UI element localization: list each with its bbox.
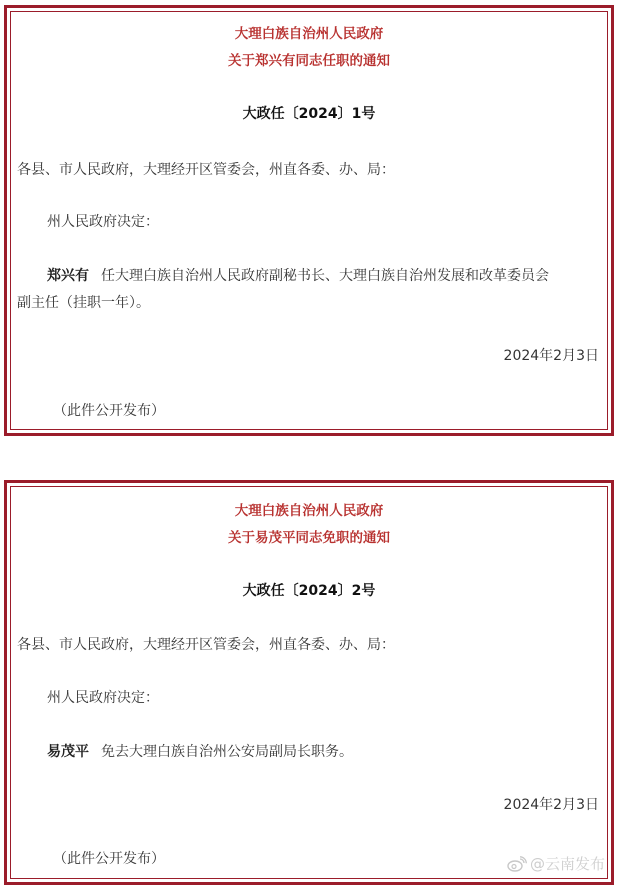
notice-subject: 关于郑兴有同志任职的通知 <box>7 52 611 70</box>
weibo-icon <box>507 856 527 872</box>
decision-text: 免去大理白族自治州公安局副局长职务。 <box>101 744 353 760</box>
document-number: 大政任〔2024〕2号 <box>7 582 611 600</box>
notice-dismissal: 大理白族自治州人民政府 关于易茂平同志免职的通知 大政任〔2024〕2号 各县、… <box>4 480 614 885</box>
decision-intro: 州人民政府决定： <box>47 689 159 707</box>
watermark-text: @云南发布 <box>530 853 605 874</box>
publication-note: （此件公开发布） <box>53 850 165 868</box>
notice-subject: 关于易茂平同志免职的通知 <box>7 529 611 547</box>
notice-appointment: 大理白族自治州人民政府 关于郑兴有同志任职的通知 大政任〔2024〕1号 各县、… <box>4 5 614 436</box>
addressee: 各县、市人民政府，大理经开区管委会，州直各委、办、局： <box>17 636 395 654</box>
publication-note: （此件公开发布） <box>53 402 165 420</box>
watermark: @云南发布 <box>507 853 605 874</box>
person-name: 易茂平 <box>47 744 89 760</box>
addressee: 各县、市人民政府，大理经开区管委会，州直各委、办、局： <box>17 161 395 179</box>
document-number: 大政任〔2024〕1号 <box>7 105 611 123</box>
person-name: 郑兴有 <box>47 268 89 284</box>
decision-text: 任大理白族自治州人民政府副秘书长、大理白族自治州发展和改革委员会 <box>101 268 549 284</box>
decision-item: 易茂平免去大理白族自治州公安局副局长职务。 <box>47 743 353 761</box>
issue-date: 2024年2月3日 <box>504 796 599 814</box>
decision-continuation: 副主任（挂职一年）。 <box>17 294 150 312</box>
decision-item: 郑兴有任大理白族自治州人民政府副秘书长、大理白族自治州发展和改革委员会 <box>47 267 549 285</box>
issue-date: 2024年2月3日 <box>504 347 599 365</box>
issuer-title: 大理白族自治州人民政府 <box>7 502 611 520</box>
decision-intro: 州人民政府决定： <box>47 213 159 231</box>
issuer-title: 大理白族自治州人民政府 <box>7 25 611 43</box>
